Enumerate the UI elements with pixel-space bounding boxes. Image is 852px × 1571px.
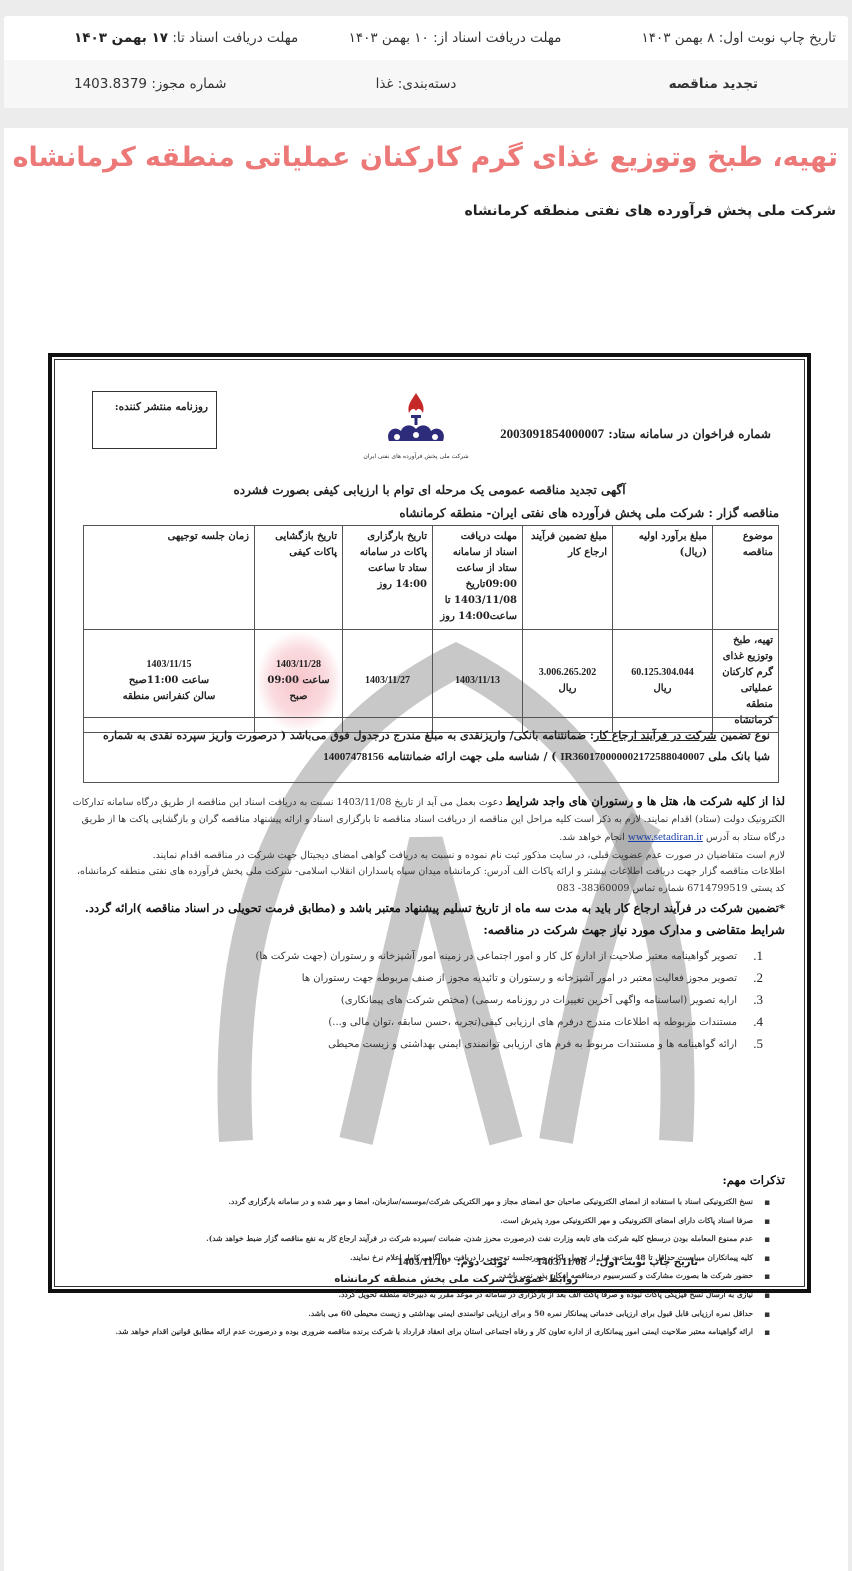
license-label: شماره مجوز: — [151, 76, 226, 92]
req-number: 4. — [737, 1014, 763, 1030]
opening-time-value: ساعت 09:00 صبح — [260, 673, 337, 705]
second-print-date: 1403/11/10 — [398, 1256, 448, 1268]
req-text: تصویر گواهینامه معتبر صلاحیت از اداره کل… — [256, 951, 737, 962]
tender-info-card: تاریخ چاپ نوبت اول: ۸ بهمن ۱۴۰۳ مهلت دری… — [4, 16, 848, 108]
bullet-icon: ▪ — [753, 1197, 781, 1210]
col-upload-date: تاریخ بارگزاری پاکات در سامانه ستاد تا س… — [343, 526, 433, 630]
guarantee-underlined: شرکت در فرآیند ارجاع کار — [594, 729, 716, 742]
public-relations-signature: روابط عمومی شرکت ملی پخش منطقه کرمانشاه — [334, 1274, 578, 1285]
bullet-icon: ▪ — [753, 1327, 781, 1340]
bullet-icon: ▪ — [753, 1234, 781, 1247]
tender-type-badge: تجدید مناقصه — [530, 76, 838, 92]
category-label: دسته‌بندی: — [398, 76, 457, 92]
docs-from-date: مهلت دریافت اسناد از: ۱۰ بهمن ۱۴۰۳ — [328, 30, 582, 46]
notes-title: تذکرات مهم: — [723, 1173, 785, 1187]
license-value: 1403.8379 — [74, 76, 147, 92]
req-text: مستندات مربوطه به اطلاعات مندرج درفرم ها… — [328, 1017, 737, 1028]
requirement-item: 5.ارائه گواهینامه ها و مستندات مربوط به … — [256, 1033, 763, 1055]
note-item: ▪صرفا اسناد پاکات دارای امضای الکترونیکی… — [96, 1216, 781, 1229]
req-text: ارائه گواهینامه ها و مستندات مربوط به فر… — [328, 1039, 737, 1050]
note-text: نسخ الکترونیکی اسناد با استفاده از امضای… — [228, 1197, 753, 1210]
note-text: نیازی به ارسال نسخ فیزیکی پاکات نبوده و … — [338, 1290, 753, 1303]
req-text: تصویر مجوز فعالیت معتبر در امور آشپزخانه… — [302, 973, 737, 984]
note-text: ارائه گواهینامه معتبر صلاحیت ایمنی امور … — [116, 1327, 753, 1340]
req-number: 1. — [737, 948, 763, 964]
first-print-date: تاریخ چاپ نوبت اول: ۸ بهمن ۱۴۰۳ — [582, 30, 838, 46]
call-number: شماره فراخوان در سامانه ستاد: 2003091854… — [496, 426, 771, 442]
opening-date-value: 1403/11/28 — [260, 657, 337, 673]
col-guarantee: مبلغ تضمین فرآیند ارجاع کار — [523, 526, 613, 630]
tender-poster-image[interactable]: روزنامه منتشر کننده: شرکت ملی پخش فرآورد… — [56, 361, 803, 1281]
first-print-label: تاریخ چاپ نوبت اول: — [596, 1257, 698, 1268]
note-item: ▪عدم ممنوع المعامله بودن درسطح کلیه شرکت… — [96, 1234, 781, 1247]
category: دسته‌بندی: غذا — [302, 76, 530, 92]
organizer: مناقصه گزار : شرکت ملی پخش فرآورده های ن… — [399, 506, 779, 520]
ad-title: آگهی تجدید مناقصه عمومی یک مرحله ای توام… — [56, 483, 803, 497]
bullet-icon: ▪ — [753, 1216, 781, 1229]
requirements-list: 1.تصویر گواهینامه معتبر صلاحیت از اداره … — [256, 945, 763, 1055]
sheba-number: IR360170000002172588040007 — [560, 751, 704, 763]
col-briefing: زمان جلسه توجیهی — [84, 526, 255, 630]
table-header-row: موضوع مناقصه مبلغ برآورد اولیه (ریال) مب… — [84, 526, 779, 630]
guarantee-value: 3.006.265.202 — [528, 665, 607, 681]
first-print-label: تاریخ چاپ نوبت اول: — [719, 30, 836, 46]
guarantee-prefix: نوع تضمین — [720, 729, 770, 742]
col-estimate: مبلغ برآورد اولیه (ریال) — [613, 526, 713, 630]
docs-from-value: ۱۰ بهمن ۱۴۰۳ — [349, 30, 429, 46]
guarantee-unit: ریال — [528, 681, 607, 697]
requirements-title: شرایط متقاضی و مدارک مورد نیاز جهت شرکت … — [483, 923, 785, 937]
req-number: 2. — [737, 970, 763, 986]
call-number-label: شماره فراخوان در سامانه ستاد: — [608, 427, 771, 441]
company-logo: شرکت ملی پخش فرآورده های نفتی ایران — [361, 391, 471, 463]
requirement-item: 1.تصویر گواهینامه معتبر صلاحیت از اداره … — [256, 945, 763, 967]
national-id-label: ) / شناسه ملی جهت ارائه ضمانتنامه — [388, 750, 557, 763]
requirement-item: 3.ارایه تصویر (اساسنامه واگهی آخرین تغیی… — [256, 989, 763, 1011]
req-text: ارایه تصویر (اساسنامه واگهی آخرین تغییرا… — [341, 995, 737, 1006]
publisher-box: روزنامه منتشر کننده: — [92, 391, 217, 449]
guarantee-validity-note: *تضمین شرکت در فرآیند ارجاع کار باید به … — [64, 901, 785, 915]
note-item: ▪ارائه گواهینامه معتبر صلاحیت ایمنی امور… — [96, 1327, 781, 1340]
note-text: عدم ممنوع المعامله بودن درسطح کلیه شرکت … — [206, 1234, 753, 1247]
estimate-unit: ریال — [618, 681, 707, 697]
first-print-date: 1403/11/08 — [537, 1256, 587, 1268]
guarantee-info-box: نوع تضمین شرکت در فرآیند ارجاع کار: ضمان… — [83, 717, 779, 783]
notes-list: ▪نسخ الکترونیکی اسناد با استفاده از امضا… — [96, 1197, 781, 1346]
col-opening-date: تاریخ بازگشایی پاکات کیفی — [255, 526, 343, 630]
info-row-meta: تجدید مناقصه دسته‌بندی: غذا شماره مجوز: … — [4, 60, 848, 108]
briefing-time: ساعت 11:00صبح — [89, 673, 249, 689]
nioc-logo-icon — [381, 391, 451, 447]
invitation-end: انجام خواهد شد. — [559, 832, 625, 843]
docs-to-date: مهلت دریافت اسناد تا: ۱۷ بهمن ۱۴۰۳ — [14, 30, 328, 46]
bullet-icon: ▪ — [753, 1309, 781, 1322]
docs-to-label: مهلت دریافت اسناد تا: — [172, 30, 298, 46]
national-id: 14007478156 — [323, 751, 384, 763]
col-docs-deadline: مهلت دریافت اسناد از سامانه ستاد از ساعت… — [433, 526, 523, 630]
logo-caption: شرکت ملی پخش فرآورده های نفتی ایران — [361, 453, 471, 460]
requirements-list-wrap: 1.تصویر گواهینامه معتبر صلاحیت از اداره … — [56, 945, 803, 1060]
first-print-value: ۸ بهمن ۱۴۰۳ — [641, 30, 714, 46]
requirement-item: 4.مستندات مربوطه به اطلاعات مندرج درفرم … — [256, 1011, 763, 1033]
requirement-item: 2.تصویر مجوز فعالیت معتبر در امور آشپزخا… — [256, 967, 763, 989]
contact-info: اطلاعات مناقصه گزار جهت دریافت اطلاعات ب… — [72, 864, 785, 897]
note-item: ▪نیازی به ارسال نسخ فیزیکی پاکات نبوده و… — [96, 1290, 781, 1303]
req-number: 5. — [737, 1036, 763, 1052]
page-subtitle: شرکت ملی پخش فرآورده های نفتی منطقه کرما… — [464, 203, 836, 219]
bullet-icon: ▪ — [753, 1271, 781, 1284]
col-subject: موضوع مناقصه — [713, 526, 779, 630]
category-value: غذا — [376, 76, 394, 92]
setadiran-link[interactable]: www.setadiran.ir — [628, 831, 703, 843]
bullet-icon: ▪ — [753, 1253, 781, 1266]
invitation-lead: لذا از کلیه شرکت ها، هتل ها و رستوران ها… — [506, 794, 785, 808]
tender-table: موضوع مناقصه مبلغ برآورد اولیه (ریال) مب… — [83, 525, 779, 733]
info-row-dates: تاریخ چاپ نوبت اول: ۸ بهمن ۱۴۰۳ مهلت دری… — [4, 16, 848, 60]
second-print-label: نوبت دوم: — [457, 1257, 508, 1268]
req-number: 3. — [737, 992, 763, 1008]
briefing-place: سالن کنفرانس منطقه — [89, 689, 249, 705]
note-item: ▪نسخ الکترونیکی اسناد با استفاده از امضا… — [96, 1197, 781, 1210]
publisher-label: روزنامه منتشر کننده: — [115, 401, 208, 413]
note-item: ▪حداقل نمره ارزیابی قابل قبول برای ارزیا… — [96, 1309, 781, 1322]
bullet-icon: ▪ — [753, 1290, 781, 1303]
docs-from-label: مهلت دریافت اسناد از: — [433, 30, 561, 46]
note-text: صرفا اسناد پاکات دارای امضای الکترونیکی … — [500, 1216, 753, 1229]
registration-note: لازم است متقاضیان در صورت عدم عضویت قبلی… — [72, 848, 785, 865]
note-text: حداقل نمره ارزیابی قابل قبول برای ارزیاب… — [308, 1309, 753, 1322]
license-number: شماره مجوز: 1403.8379 — [14, 76, 302, 92]
docs-to-value: ۱۷ بهمن ۱۴۰۳ — [74, 30, 168, 46]
main-content-card: تهیه، طبخ وتوزیع غذای گرم کارکنان عملیات… — [4, 128, 848, 1571]
page-title: تهیه، طبخ وتوزیع غذای گرم کارکنان عملیات… — [13, 142, 838, 173]
briefing-date: 1403/11/15 — [89, 657, 249, 673]
call-number-value: 2003091854000007 — [500, 426, 604, 441]
invitation-text: لذا از کلیه شرکت ها، هتل ها و رستوران ها… — [72, 791, 785, 897]
print-dates: تاریخ چاپ نوبت اول: 1403/11/08 نوبت دوم:… — [392, 1256, 698, 1268]
estimate-value: 60.125.304.044 — [618, 665, 707, 681]
